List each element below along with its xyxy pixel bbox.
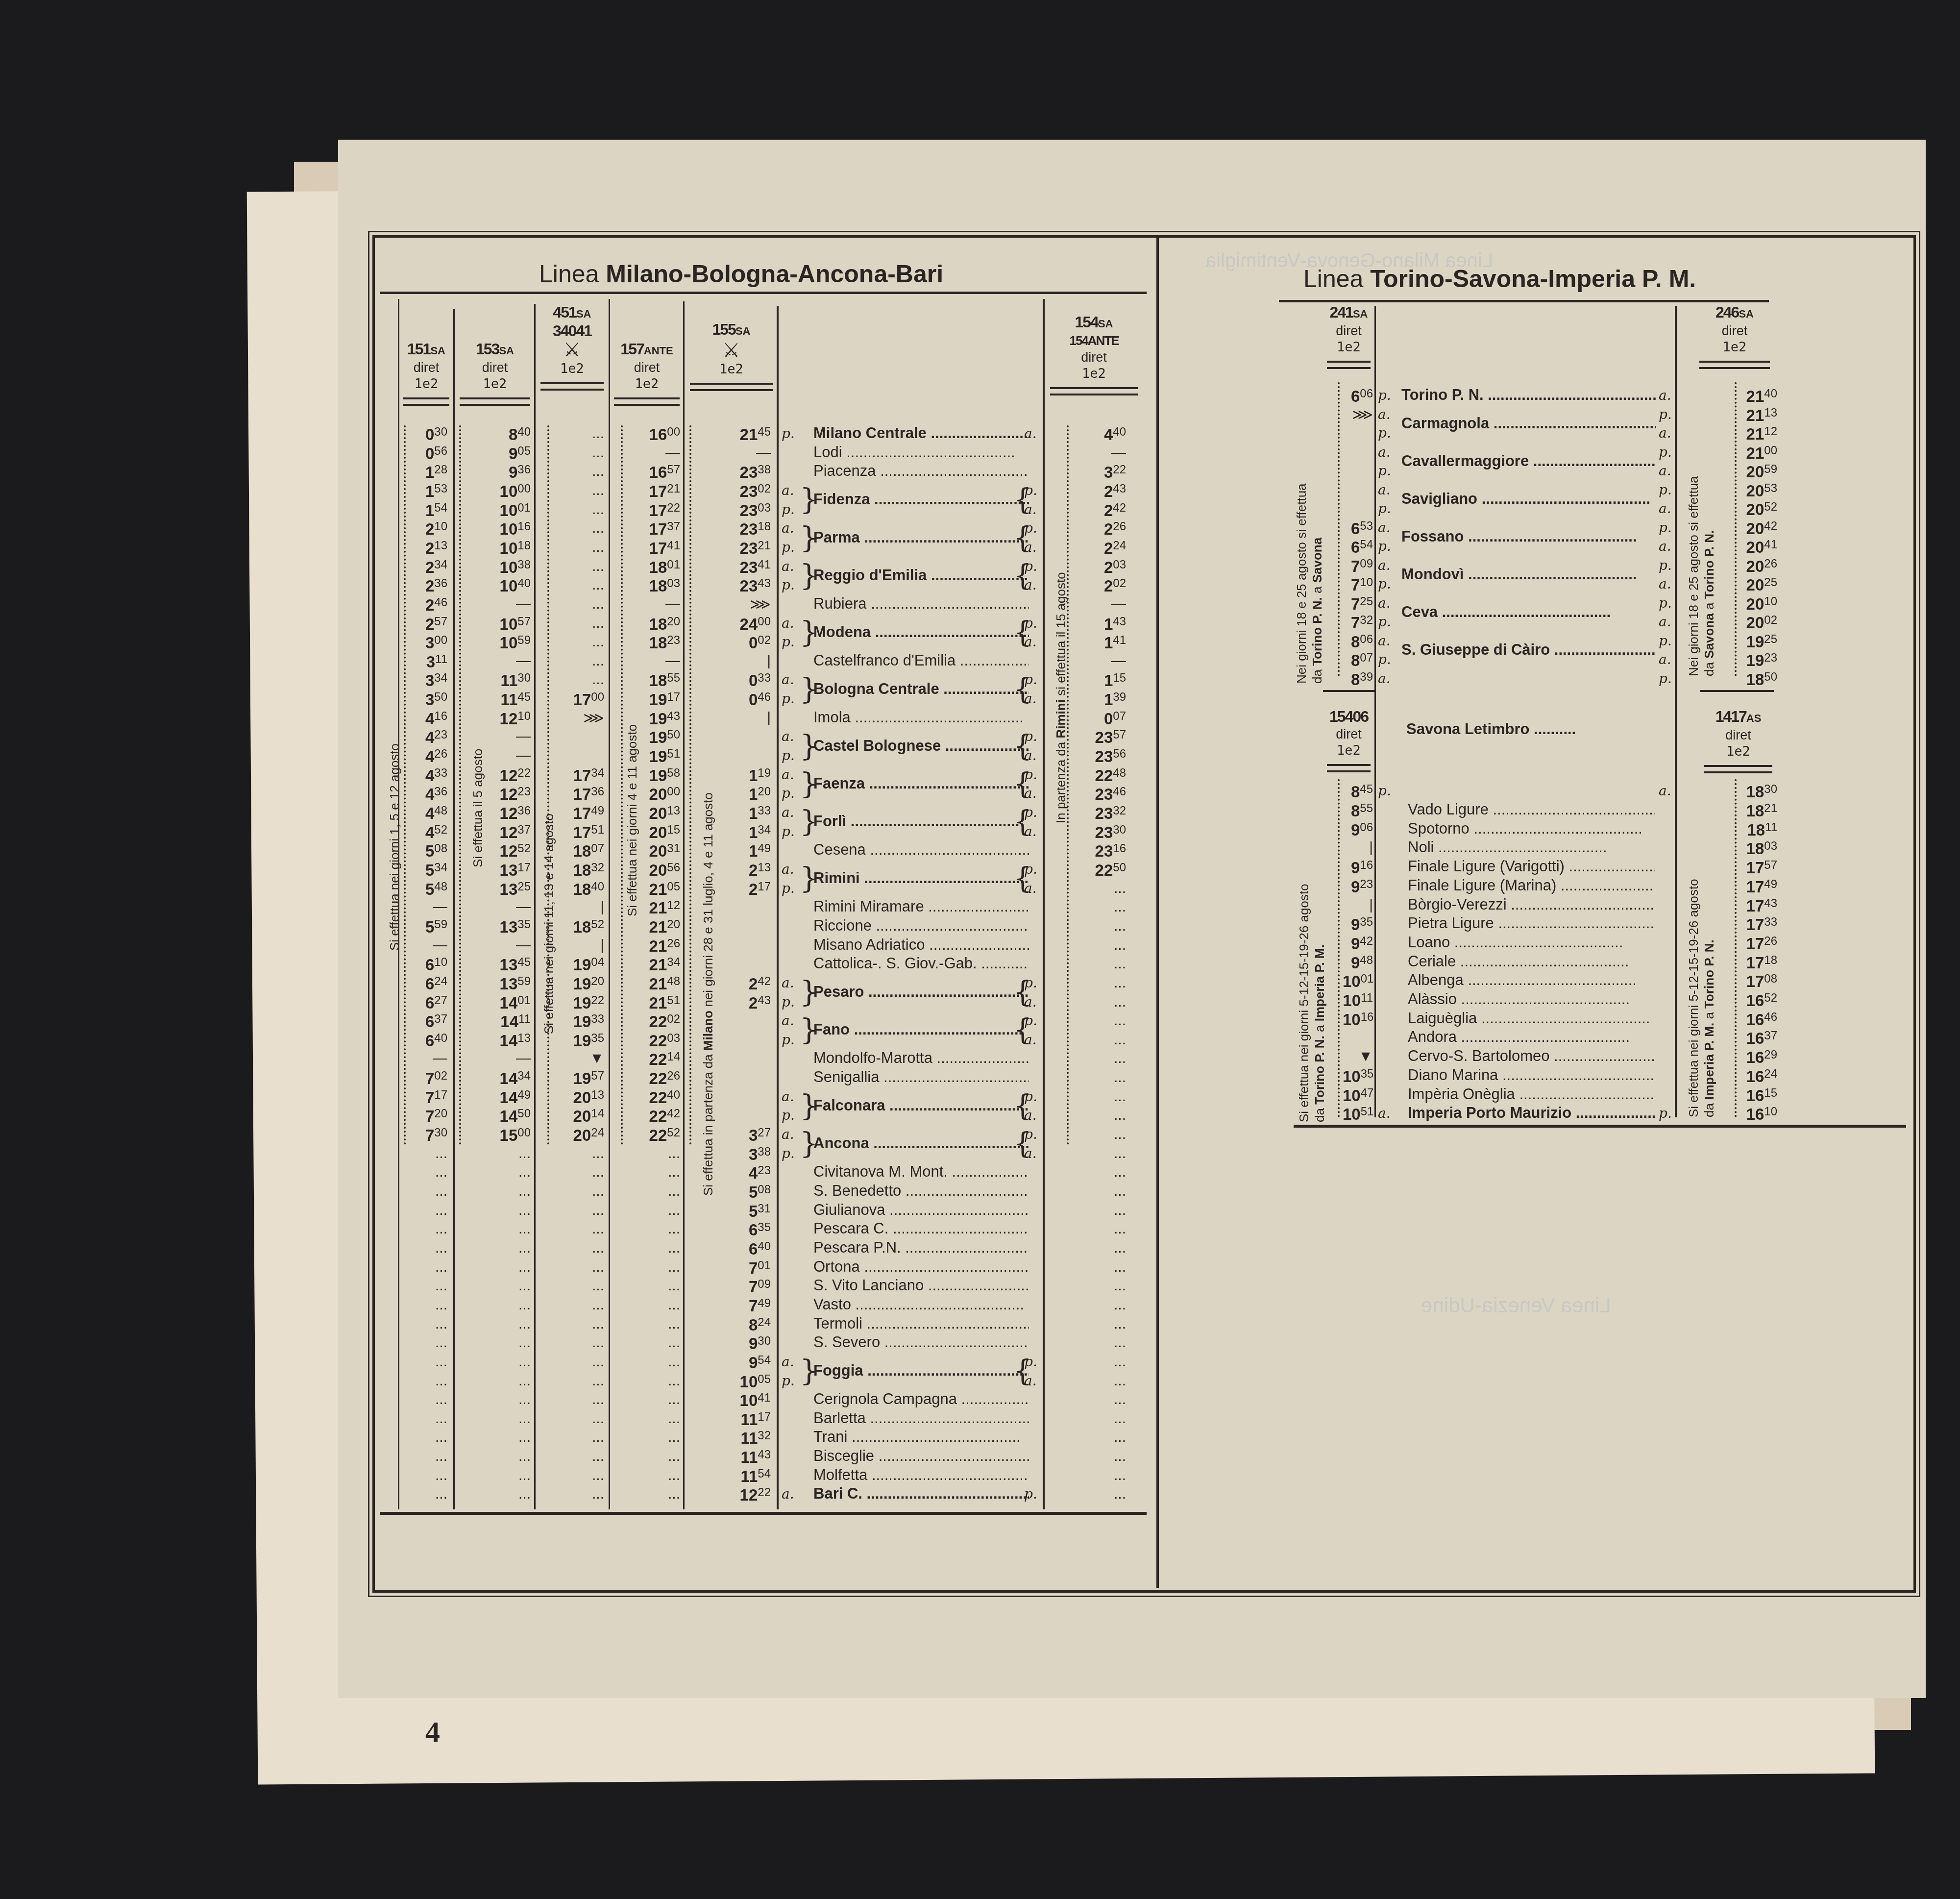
time-cell: 246 [408, 596, 447, 615]
time-cell: ... [625, 1145, 680, 1162]
time-cell: 423 [408, 728, 447, 747]
time-cell: ... [625, 1183, 680, 1200]
station-name: Diano Marina ...........................… [1408, 1066, 1655, 1084]
direction-marker: p. [1659, 670, 1672, 687]
time-cell: 824 [693, 1316, 771, 1334]
station-name: Cavallermaggiore .......................… [1401, 452, 1656, 470]
time-cell: 1449 [463, 1088, 531, 1107]
station-name: S. Vito Lanciano .......................… [813, 1277, 1029, 1294]
time-cell: 149 [693, 842, 771, 861]
time-cell: ... [408, 1486, 447, 1503]
time-cell: 1920 [551, 975, 604, 993]
time-cell: 243 [693, 994, 771, 1012]
time-cell: 2148 [625, 975, 680, 993]
arrival-marker: a. [1024, 577, 1037, 593]
station-name: Ancona .................................… [813, 1134, 1029, 1152]
time-cell: ... [463, 1221, 531, 1237]
station-name: Bologna Centrale .......................… [813, 680, 1029, 698]
time-cell: 2056 [625, 861, 680, 880]
departure-marker: p. [1024, 861, 1037, 877]
departure-marker: p. [782, 994, 795, 1010]
time-cell: 2214 [625, 1050, 680, 1069]
station-name: Finale Ligure (Marina) .................… [1408, 877, 1655, 894]
time-cell: ... [463, 1373, 531, 1389]
time-cell: ... [1071, 1126, 1126, 1143]
time-cell: 242 [1071, 501, 1126, 520]
time-cell: ... [625, 1240, 680, 1257]
station-name: Forlì ..................................… [813, 813, 1029, 830]
time-cell: — [463, 1050, 531, 1067]
time-cell: 1734 [551, 766, 604, 785]
time-cell: 640 [693, 1240, 771, 1258]
arrival-marker: a. [782, 558, 794, 574]
arrival-marker: a. [782, 671, 794, 688]
time-cell: 1001 [463, 501, 531, 520]
brace: } [800, 863, 818, 893]
station-name: Modena .................................… [813, 623, 1029, 641]
station-name: Rubiera ................................… [813, 595, 1029, 613]
time-cell: 1832 [551, 861, 604, 880]
time-cell: 1222 [693, 1486, 771, 1504]
time-cell: ... [1071, 1486, 1126, 1503]
time-cell: ... [1071, 937, 1126, 954]
time-cell: 257 [408, 615, 447, 634]
station-name: Lodi ...................................… [813, 444, 1029, 461]
time-cell: 839 [1343, 670, 1373, 689]
direction-marker: a. [1659, 425, 1671, 441]
time-cell: 143 [1071, 615, 1126, 634]
time-cell: 1803 [625, 577, 680, 595]
time-cell: 2330 [1071, 823, 1126, 842]
time-cell: 119 [693, 766, 771, 785]
time-cell: 806 [1343, 633, 1373, 651]
time-cell: 128 [408, 463, 447, 482]
time-cell: — [408, 899, 447, 915]
column-separator [683, 301, 685, 1509]
arrival-marker: a. [782, 861, 794, 877]
departure-marker: p. [782, 1145, 795, 1161]
time-cell: 2226 [625, 1069, 680, 1088]
title-prefix: Linea [1303, 265, 1363, 293]
direction-marker: p. [1378, 425, 1391, 441]
time-cell: 709 [1343, 557, 1373, 576]
time-cell: ... [551, 425, 604, 442]
time-cell: ... [463, 1164, 531, 1181]
time-cell: ... [408, 1410, 447, 1427]
time-cell: ... [408, 1259, 447, 1276]
time-cell: ... [625, 1429, 680, 1446]
time-cell: ... [463, 1334, 531, 1351]
time-cell: 1041 [693, 1391, 771, 1410]
brace: } [800, 731, 818, 761]
direction-marker: p. [1378, 576, 1391, 592]
time-cell: 1450 [463, 1107, 531, 1126]
time-cell: 1434 [463, 1069, 531, 1088]
brace: } [800, 807, 818, 836]
time-cell: ... [625, 1391, 680, 1408]
time-cell: | [1343, 897, 1373, 913]
station-name: Savona Letimbro .......... [1406, 720, 1576, 738]
time-cell: 855 [1343, 802, 1373, 820]
direction-marker: a. [1378, 519, 1391, 536]
direction-marker: a. [1659, 387, 1671, 403]
time-cell: 2400 [693, 615, 771, 634]
arrival-marker: a. [1024, 1032, 1037, 1048]
time-cell: 1958 [625, 766, 680, 785]
station-name: Imola ..................................… [813, 709, 1029, 726]
station-name: S. Giuseppe di Càiro ...................… [1401, 641, 1656, 659]
time-cell: 426 [408, 747, 447, 766]
arrow-down-icon: ▼ [1343, 1048, 1373, 1065]
time-cell: | [551, 899, 604, 915]
time-cell: ... [463, 1410, 531, 1427]
direction-marker: p. [782, 425, 795, 442]
departure-marker: p. [1024, 1126, 1037, 1142]
time-cell: ... [1071, 918, 1126, 935]
direction-marker: a. [1659, 614, 1671, 630]
arrival-marker: a. [1024, 539, 1037, 555]
time-cell: 1840 [551, 880, 604, 899]
time-cell: 1210 [463, 710, 531, 728]
direction-marker: p. [1378, 651, 1391, 667]
time-cell: 213 [693, 861, 771, 880]
time-cell: 637 [408, 1012, 447, 1031]
time-cell: 1923 [1737, 651, 1777, 670]
station-name: Termoli ................................… [813, 1315, 1029, 1332]
time-cell: ... [463, 1448, 531, 1465]
time-cell: ... [551, 1164, 604, 1181]
time-cell: 2000 [625, 785, 680, 804]
time-cell: ... [551, 1354, 604, 1370]
time-cell: 046 [693, 691, 771, 709]
time-cell: 2100 [1737, 444, 1777, 463]
departure-marker: p. [1024, 1012, 1037, 1029]
arrival-marker: a. [1024, 501, 1037, 518]
time-cell: 030 [408, 425, 447, 444]
station-name: S. Benedetto ...........................… [813, 1182, 1029, 1200]
station-name: Fano ...................................… [813, 1021, 1029, 1038]
time-cell: ... [408, 1202, 447, 1219]
time-cell: ... [1071, 1410, 1126, 1427]
time-cell: ... [1071, 1373, 1126, 1389]
station-name: Savigliano .............................… [1401, 490, 1656, 508]
direction-marker: p. [1659, 557, 1672, 573]
time-cell: ... [408, 1316, 447, 1332]
station-name: S. Severo ..............................… [813, 1333, 1029, 1351]
time-cell: 730 [408, 1126, 447, 1145]
station-name: Fossano ................................… [1401, 528, 1656, 545]
time-cell: 1000 [463, 482, 531, 501]
time-cell: 2014 [551, 1107, 604, 1126]
time-cell: 2013 [551, 1088, 604, 1107]
column-separator [1374, 306, 1376, 1117]
time-cell: 1500 [463, 1126, 531, 1145]
brace: } [800, 769, 818, 798]
time-cell: 1823 [625, 634, 680, 652]
time-cell: 2242 [625, 1107, 680, 1126]
station-name: Pescara P.N. ...........................… [813, 1239, 1029, 1257]
time-cell: 236 [408, 577, 447, 595]
time-cell: — [463, 747, 531, 764]
time-cell: ... [463, 1183, 531, 1200]
time-cell: ... [625, 1448, 680, 1465]
time-cell: ... [1071, 994, 1126, 1011]
time-cell: ... [463, 1486, 531, 1503]
time-cell: 350 [408, 691, 447, 709]
time-cell: 1708 [1737, 972, 1777, 991]
time-cell: 2112 [625, 899, 680, 917]
departure-marker: p. [782, 1373, 795, 1389]
time-cell: ... [1071, 1467, 1126, 1484]
brace: } [800, 1356, 818, 1385]
time-cell: ... [551, 1448, 604, 1465]
rapido-sheaf-icon: ⋙ [551, 710, 604, 727]
time-cell: ... [551, 444, 604, 461]
time-cell: 1951 [625, 747, 680, 766]
time-cell: ... [463, 1145, 531, 1162]
time-cell: ... [408, 1391, 447, 1408]
station-name: Alàssio ................................… [1408, 990, 1655, 1008]
time-cell: — [625, 653, 680, 669]
time-cell: 923 [1343, 878, 1373, 896]
time-cell: ... [625, 1164, 680, 1181]
departure-marker: p. [782, 577, 795, 593]
time-cell: ... [551, 501, 604, 518]
time-cell: ... [551, 482, 604, 499]
departure-marker: p. [1024, 1354, 1037, 1370]
time-cell: 1718 [1737, 954, 1777, 972]
station-name: Giulianova .............................… [813, 1201, 1029, 1219]
station-name: Rimini Miramare ........................… [813, 898, 1029, 915]
brace: } [800, 674, 818, 704]
time-cell: ... [408, 1221, 447, 1237]
station-name: Pesaro .................................… [813, 983, 1029, 1001]
time-cell: | [551, 937, 604, 954]
arrival-marker: a. [1024, 1373, 1037, 1389]
station-name: Imperia Porto Maurizio .................… [1408, 1104, 1655, 1122]
time-cell: 1850 [1737, 670, 1777, 689]
time-cell: | [1343, 839, 1373, 856]
time-cell: 654 [1343, 538, 1373, 557]
time-cell: 007 [1071, 710, 1126, 728]
station-name: Bòrgio-Verezzi .........................… [1408, 896, 1655, 913]
time-cell: | [693, 710, 771, 726]
arrival-marker: a. [1024, 747, 1037, 764]
station-name: Piacenza ...............................… [813, 462, 1029, 480]
time-cell: 1413 [463, 1032, 531, 1050]
column-header-155SA: 155SA ⚔ 1e2 [686, 321, 777, 391]
time-cell: 1117 [693, 1410, 771, 1429]
direction-marker: p. [1378, 387, 1391, 403]
time-cell: 948 [1343, 954, 1373, 972]
station-name: Ceriale ................................… [1408, 953, 1655, 970]
time-cell: 1821 [1737, 802, 1777, 820]
time-cell: 1040 [463, 577, 531, 595]
page-number: 4 [425, 1715, 440, 1749]
arrival-marker: a. [782, 804, 794, 820]
direction-marker: p. [1659, 595, 1672, 611]
time-cell: ... [551, 596, 604, 613]
time-cell: ... [1071, 1050, 1126, 1067]
departure-marker: p. [1024, 728, 1037, 744]
time-cell: 1722 [625, 501, 680, 520]
time-cell: ... [1071, 1240, 1126, 1257]
time-cell: ... [463, 1391, 531, 1408]
time-cell: 2042 [1737, 519, 1777, 538]
time-cell: ... [625, 1334, 680, 1351]
time-cell: ... [551, 1391, 604, 1408]
time-cell: 338 [693, 1145, 771, 1164]
departure-marker: p. [1024, 482, 1037, 498]
time-cell: 2026 [1737, 557, 1777, 576]
time-cell: 720 [408, 1107, 447, 1126]
time-cell: 1005 [693, 1373, 771, 1391]
time-cell: 210 [408, 520, 447, 539]
time-cell: 2240 [625, 1088, 680, 1107]
station-name: Castel Bolognese .......................… [813, 737, 1029, 755]
time-cell: ... [1071, 956, 1126, 972]
time-cell: ... [551, 615, 604, 632]
time-cell: 1325 [463, 880, 531, 899]
time-cell: 1749 [551, 804, 604, 823]
time-cell: 1016 [463, 520, 531, 539]
column-separator [1675, 306, 1677, 1117]
time-cell: 2346 [1071, 785, 1126, 804]
time-cell: 606 [1343, 387, 1373, 406]
direction-marker: a. [1024, 425, 1037, 442]
column-header-15406: 15406 diret 1e2 [1323, 708, 1374, 772]
service-note: Si effettua nei giorni 5-12-15-19-26 ago… [1686, 879, 1717, 1117]
time-cell: ... [408, 1373, 447, 1389]
station-name: Castelfranco d'Emilia ..................… [813, 652, 1029, 669]
time-cell: 133 [693, 804, 771, 823]
column-separator [453, 309, 455, 1509]
time-cell: 033 [693, 671, 771, 690]
departure-marker: p. [782, 1032, 795, 1048]
time-cell: 1411 [463, 1012, 531, 1031]
time-cell: 930 [693, 1334, 771, 1353]
time-cell: ... [551, 520, 604, 537]
station-name: Vado Ligure ............................… [1408, 801, 1655, 818]
time-cell: ... [1071, 1429, 1126, 1446]
arrival-marker: a. [782, 766, 794, 783]
time-cell: 954 [693, 1354, 771, 1372]
time-cell: ... [1071, 1107, 1126, 1124]
time-cell: 1130 [463, 671, 531, 690]
column-separator [534, 304, 536, 1509]
time-cell: 1035 [1343, 1067, 1373, 1086]
time-cell: 548 [408, 880, 447, 899]
left-table-title: Linea Milano-Bologna-Ancona-Bari [539, 260, 943, 288]
time-cell: 1741 [625, 539, 680, 558]
arrow-down-icon: ▼ [551, 1050, 604, 1067]
direction-marker: a. [1659, 463, 1671, 479]
departure-marker: p. [1024, 1088, 1037, 1105]
time-cell: 2250 [1071, 861, 1126, 880]
time-cell: ... [551, 1410, 604, 1427]
departure-marker: p. [782, 880, 795, 896]
time-cell: ... [625, 1373, 680, 1389]
time-cell: ... [1071, 1088, 1126, 1105]
time-cell: — [1071, 596, 1126, 613]
time-cell: 701 [693, 1259, 771, 1278]
time-cell: 1615 [1737, 1086, 1777, 1105]
departure-marker: p. [782, 1107, 795, 1123]
arrival-marker: a. [1024, 1145, 1037, 1161]
time-cell: ... [551, 1278, 604, 1294]
time-cell: 1335 [463, 918, 531, 937]
title-route: Torino-Savona-Imperia P. M. [1370, 265, 1696, 293]
direction-marker: a. [1659, 538, 1671, 554]
arrival-marker: a. [782, 1354, 794, 1370]
departure-marker: p. [782, 539, 795, 555]
time-cell: ... [625, 1410, 680, 1427]
direction-marker: p. [1024, 1486, 1037, 1502]
time-cell: 1700 [551, 691, 604, 709]
time-cell: — [408, 937, 447, 954]
time-cell: 1917 [625, 691, 680, 709]
time-cell: 1047 [1343, 1086, 1373, 1105]
time-cell: — [463, 899, 531, 915]
station-name: Parma ..................................… [813, 529, 1029, 546]
station-name: Andora .................................… [1408, 1028, 1655, 1046]
time-cell: 1751 [551, 823, 604, 842]
service-note: Si effettua nei giorni 5-12-15-19-26 ago… [1296, 884, 1327, 1122]
direction-marker: p. [1378, 463, 1391, 479]
time-cell: 2202 [625, 1012, 680, 1031]
station-name: Civitanova M. Mont. ....................… [813, 1163, 1029, 1181]
time-cell: 717 [408, 1088, 447, 1107]
station-name: Finale Ligure (Varigotti) ..............… [1408, 858, 1655, 875]
service-note: Nei giorni 18 e 25 agosto si effettua da… [1686, 476, 1717, 676]
time-cell: 056 [408, 444, 447, 463]
brace: } [800, 1015, 818, 1044]
station-name: Torino P. N. ...........................… [1401, 386, 1656, 404]
direction-marker: a. [1378, 595, 1391, 611]
time-cell: 1359 [463, 975, 531, 993]
time-cell: 153 [408, 482, 447, 501]
direction-marker: p. [1378, 783, 1391, 799]
title-rule [1279, 300, 1769, 302]
time-cell: 1637 [1737, 1029, 1777, 1048]
column-separator [609, 299, 610, 1509]
time-cell: ... [551, 577, 604, 593]
departure-marker: p. [782, 501, 795, 518]
time-cell: 1629 [1737, 1048, 1777, 1067]
time-cell: ... [463, 1297, 531, 1313]
time-cell: 1011 [1343, 991, 1373, 1010]
station-name: Rimini .................................… [813, 869, 1029, 887]
departure-marker: p. [1024, 520, 1037, 536]
station-name: Spotorno ...............................… [1408, 820, 1655, 838]
station-name: Falconara ..............................… [813, 1097, 1029, 1114]
time-cell: 2002 [1737, 614, 1777, 632]
direction-marker: a. [1378, 557, 1391, 573]
departure-marker: p. [782, 785, 795, 801]
time-cell: 2010 [1737, 595, 1777, 614]
time-cell: — [625, 444, 680, 461]
time-cell: 1610 [1737, 1105, 1777, 1124]
time-cell: ... [408, 1278, 447, 1294]
time-cell: ... [408, 1467, 447, 1484]
direction-marker: a. [1659, 576, 1671, 592]
time-cell: 423 [693, 1164, 771, 1183]
direction-marker: p. [1659, 406, 1672, 422]
time-cell: ... [625, 1278, 680, 1294]
time-cell: 1016 [1343, 1011, 1373, 1029]
time-cell: 1807 [551, 842, 604, 861]
station-name: Pietra Ligure ..........................… [1408, 914, 1655, 932]
